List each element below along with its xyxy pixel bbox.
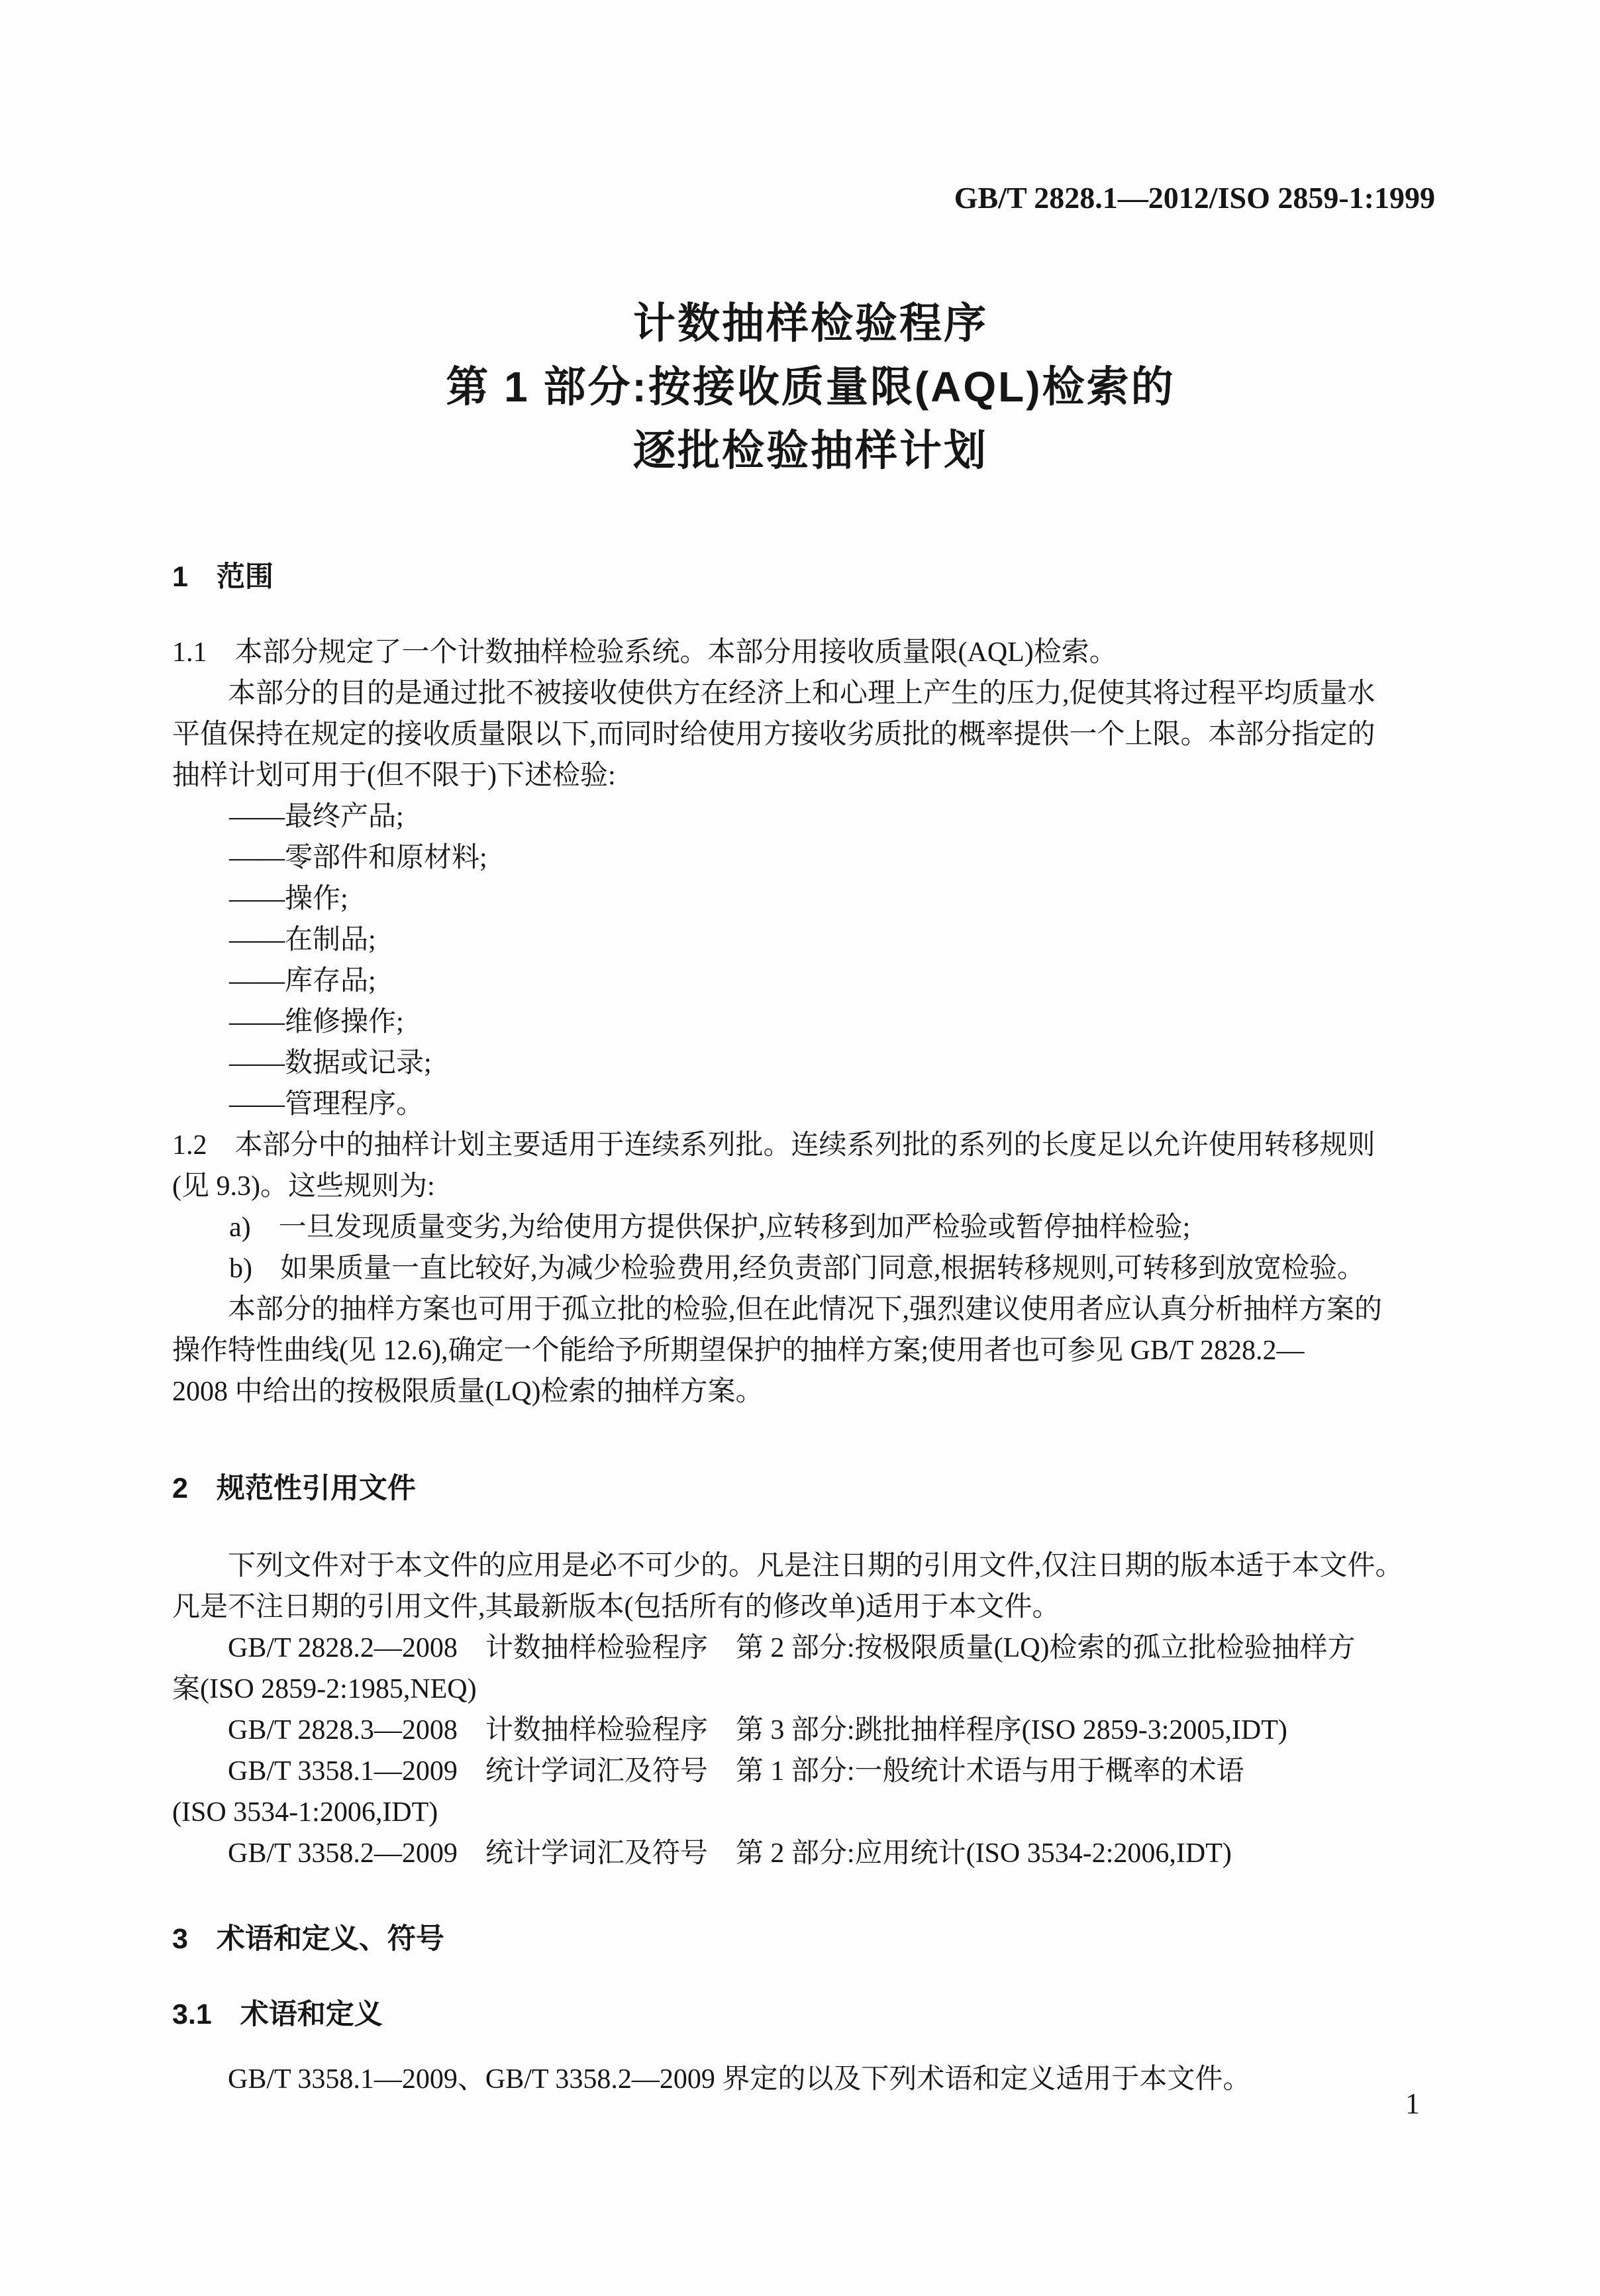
body-line: 下列文件对于本文件的应用是必不可少的。凡是注日期的引用文件,仅注日期的版本适于本… [172,1545,1449,1587]
body-line: 操作特性曲线(见 12.6),确定一个能给予所期望保护的抽样方案;使用者也可参见… [172,1330,1449,1371]
page-number: 1 [1405,2087,1420,2120]
clause-1-1-line: 1.1 本部分规定了一个计数抽样检验系统。本部分用接收质量限(AQL)检索。 [172,632,1449,673]
body-line: 平值保持在规定的接收质量限以下,而同时给使用方接收劣质批的概率提供一个上限。本部… [172,714,1449,755]
title-line-1: 计数抽样检验程序 [172,291,1449,355]
list-item: ——零部件和原材料; [172,837,1449,878]
reference-line: GB/T 3358.1—2009 统计学词汇及符号 第 1 部分:一般统计术语与… [172,1751,1449,1792]
body-line: GB/T 3358.1—2009、GB/T 3358.2—2009 界定的以及下… [172,2059,1449,2100]
section-3-heading: 3 术语和定义、符号 [172,1918,1449,1959]
list-item-b: b) 如果质量一直比较好,为减少检验费用,经负责部门同意,根据转移规则,可转移到… [172,1248,1449,1289]
list-item: ——数据或记录; [172,1043,1449,1084]
clause-1-2-line: 1.2 本部分中的抽样计划主要适用于连续系列批。连续系列批的系列的长度足以允许使… [172,1125,1449,1166]
list-item: ——最终产品; [172,796,1449,837]
reference-line: 案(ISO 2859-2:1985,NEQ) [172,1669,1449,1710]
list-item: ——操作; [172,878,1449,919]
reference-line: (ISO 3534-1:2006,IDT) [172,1792,1449,1833]
body-line: (见 9.3)。这些规则为: [172,1166,1449,1207]
page-content: 计数抽样检验程序 第 1 部分:按接收质量限(AQL)检索的 逐批检验抽样计划 … [172,0,1449,2100]
section-3-1-heading: 3.1 术语和定义 [172,1994,1449,2035]
reference-line: GB/T 3358.2—2009 统计学词汇及符号 第 2 部分:应用统计(IS… [172,1833,1449,1874]
body-line: 本部分的目的是通过批不被接收使供方在经济上和心理上产生的压力,促使其将过程平均质… [172,673,1449,714]
section-1-heading: 1 范围 [172,556,1449,598]
section-2-heading: 2 规范性引用文件 [172,1468,1449,1509]
body-line: 2008 中给出的按极限质量(LQ)检索的抽样方案。 [172,1371,1449,1412]
reference-line: GB/T 2828.2—2008 计数抽样检验程序 第 2 部分:按极限质量(L… [172,1628,1449,1669]
title-line-2: 第 1 部分:按接收质量限(AQL)检索的 [172,355,1449,419]
list-item: ——管理程序。 [172,1084,1449,1125]
title-line-3: 逐批检验抽样计划 [172,419,1449,482]
list-item-a: a) 一旦发现质量变劣,为给使用方提供保护,应转移到加严检验或暂停抽样检验; [172,1207,1449,1248]
body-line: 凡是不注日期的引用文件,其最新版本(包括所有的修改单)适用于本文件。 [172,1587,1449,1628]
reference-line: GB/T 2828.3—2008 计数抽样检验程序 第 3 部分:跳批抽样程序(… [172,1710,1449,1751]
body-line: 抽样计划可用于(但不限于)下述检验: [172,755,1449,796]
document-title: 计数抽样检验程序 第 1 部分:按接收质量限(AQL)检索的 逐批检验抽样计划 [172,291,1449,482]
list-item: ——库存品; [172,961,1449,1002]
document-page: GB/T 2828.1—2012/ISO 2859-1:1999 计数抽样检验程… [0,0,1600,2296]
list-item: ——在制品; [172,919,1449,961]
body-line: 本部分的抽样方案也可用于孤立批的检验,但在此情况下,强烈建议使用者应认真分析抽样… [172,1289,1449,1330]
list-item: ——维修操作; [172,1002,1449,1043]
